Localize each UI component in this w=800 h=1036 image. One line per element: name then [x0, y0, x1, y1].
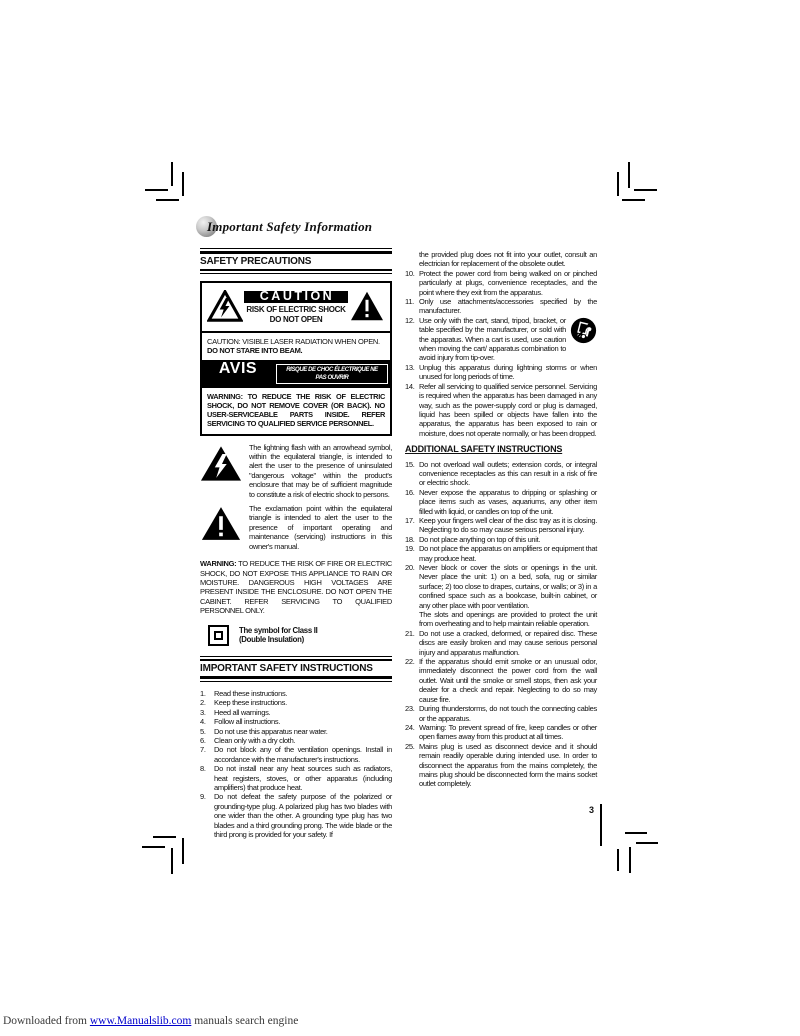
item-number: 14. [405, 382, 419, 438]
crop-mark [171, 848, 173, 874]
instruction-item: 9.Do not defeat the safety purpose of th… [200, 792, 392, 839]
class2-caption-line: (Double Insulation) [239, 635, 317, 645]
section-title: SAFETY PRECAUTIONS [200, 254, 392, 269]
item-number: 9. [200, 792, 214, 839]
instruction-item: 14.Refer all servicing to qualified serv… [405, 382, 597, 438]
item-number: 20. [405, 563, 419, 629]
crop-mark [156, 199, 179, 201]
cart-tip-over-icon [570, 317, 597, 346]
item-number: 2. [200, 698, 214, 707]
instruction-item: 5.Do not use this apparatus near water. [200, 727, 392, 736]
caution-box-top: CAUTION RISK OF ELECTRIC SHOCK DO NOT OP… [202, 283, 390, 330]
manual-page: Important Safety Information SAFETY PREC… [0, 0, 800, 1036]
item9-continuation: the provided plug does not fit into your… [405, 250, 597, 269]
item-text: Do not defeat the safety purpose of the … [214, 792, 392, 839]
footer-suffix: manuals search engine [194, 1015, 298, 1027]
instruction-item: 15.Do not overload wall outlets; extensi… [405, 460, 597, 488]
instruction-item: 18.Do not place anything on top of this … [405, 535, 597, 544]
risk-line: DO NOT OPEN [243, 315, 349, 325]
caution-warning-box: CAUTION RISK OF ELECTRIC SHOCK DO NOT OP… [200, 281, 392, 435]
item-text: Use only with the cart, stand, tripod, b… [419, 316, 566, 363]
item-number: 1. [200, 689, 214, 698]
item-text: Follow all instructions. [214, 717, 392, 726]
caution-box-center: CAUTION RISK OF ELECTRIC SHOCK DO NOT OP… [243, 291, 349, 324]
instruction-item: 16.Never expose the apparatus to drippin… [405, 488, 597, 516]
item-text: Never block or cover the slots or openin… [419, 563, 597, 610]
crop-mark [636, 842, 658, 844]
lightning-filled-triangle-icon [200, 443, 242, 499]
crop-mark [153, 836, 176, 838]
instruction-item: 19.Do not place the apparatus on amplifi… [405, 544, 597, 563]
item-text: Do not place the apparatus on amplifiers… [419, 544, 597, 563]
instruction-item: 24.Warning: To prevent spread of fire, k… [405, 723, 597, 742]
double-insulation-inner-square [214, 631, 223, 640]
item-text: Heed all warnings. [214, 708, 392, 717]
item-number: 12. [405, 316, 419, 363]
page-header: Important Safety Information [196, 215, 596, 241]
laser-caution-bold: DO NOT STARE INTO BEAM. [207, 346, 302, 355]
item-text: Do not block any of the ventilation open… [214, 745, 392, 764]
caution-label: CAUTION [244, 291, 348, 303]
item-number: 19. [405, 544, 419, 563]
avis-french-box: RISQUE DE CHOC ÉLECTRIQUE NE PAS OUVRIR [274, 362, 390, 386]
instruction-item: 8.Do not install near any heat sources s… [200, 764, 392, 792]
item-number: 25. [405, 742, 419, 789]
exclamation-explanation-row: The exclamation point within the equilat… [200, 504, 392, 551]
rule [200, 681, 392, 682]
instruction-item: 6.Clean only with a dry cloth. [200, 736, 392, 745]
item-number: 11. [405, 297, 419, 316]
item-number: 7. [200, 745, 214, 764]
crop-mark [182, 172, 184, 196]
shock-warning-text: WARNING: TO REDUCE THE RISK OF ELECTRIC … [202, 388, 390, 434]
instruction-item-with-cart-icon: 12. [405, 316, 597, 363]
instruction-item: 22.If the apparatus should emit smoke or… [405, 657, 597, 704]
avis-row: AVIS RISQUE DE CHOC ÉLECTRIQUE NE PAS OU… [202, 362, 390, 386]
instruction-item: 4.Follow all instructions. [200, 717, 392, 726]
instruction-item: 17.Keep your fingers well clear of the d… [405, 516, 597, 535]
item-number: 8. [200, 764, 214, 792]
class2-caption: The symbol for Class II (Double Insulati… [239, 626, 317, 645]
item-text-extra: The slots and openings are provided to p… [419, 610, 597, 629]
instruction-list-15-25: 15.Do not overload wall outlets; extensi… [405, 460, 597, 789]
item-text-wrap: Never block or cover the slots or openin… [419, 563, 597, 629]
item-text: Protect the power cord from being walked… [419, 269, 597, 297]
avis-french-line: RISQUE DE CHOC ÉLECTRIQUE NE [277, 366, 387, 374]
exclamation-filled-triangle-icon [200, 504, 242, 551]
class2-symbol-row: The symbol for Class II (Double Insulati… [200, 625, 392, 646]
lightning-paragraph: The lightning flash with an arrowhead sy… [249, 443, 392, 499]
section-heading-safety-precautions: SAFETY PRECAUTIONS [200, 248, 392, 274]
item-text: Read these instructions. [214, 689, 392, 698]
warning-label: WARNING: [200, 559, 236, 568]
crop-mark [622, 199, 645, 201]
item-number: 4. [200, 717, 214, 726]
item-number: 18. [405, 535, 419, 544]
instruction-item: 2.Keep these instructions. [200, 698, 392, 707]
instruction-item: 23.During thunderstorms, do not touch th… [405, 704, 597, 723]
item-number: 22. [405, 657, 419, 704]
two-column-body: SAFETY PRECAUTIONS CAUTION RISK OF ELE [200, 248, 598, 839]
item-number: 13. [405, 363, 419, 382]
crop-mark [182, 838, 184, 864]
avis-french-text: RISQUE DE CHOC ÉLECTRIQUE NE PAS OUVRIR [276, 364, 388, 384]
laser-caution-normal: CAUTION: VISIBLE LASER RADIATION WHEN OP… [207, 337, 380, 346]
item-text: Clean only with a dry cloth. [214, 736, 392, 745]
lightning-bolt-triangle-icon [207, 290, 243, 324]
rule [200, 273, 392, 274]
crop-mark [145, 189, 168, 191]
item-number: 6. [200, 736, 214, 745]
item-text: Warning: To prevent spread of fire, keep… [419, 723, 597, 742]
item-number: 17. [405, 516, 419, 535]
section-heading-important-safety-instructions: IMPORTANT SAFETY INSTRUCTIONS [200, 656, 392, 682]
item-text: Keep these instructions. [214, 698, 392, 707]
instruction-item: 3.Heed all warnings. [200, 708, 392, 717]
item-text: Never expose the apparatus to dripping o… [419, 488, 597, 516]
item-number: 3. [200, 708, 214, 717]
manualslib-link[interactable]: www.Manualslib.com [90, 1015, 191, 1027]
item-text: Mains plug is used as disconnect device … [419, 742, 597, 789]
risk-line: RISK OF ELECTRIC SHOCK [243, 305, 349, 315]
instruction-item: 13.Unplug this apparatus during lightnin… [405, 363, 597, 382]
exclamation-paragraph: The exclamation point within the equilat… [249, 504, 392, 551]
page-title: Important Safety Information [207, 219, 372, 235]
crop-mark [171, 162, 173, 186]
section-heading-additional-safety-instructions: ADDITIONAL SAFETY INSTRUCTIONS [405, 445, 597, 454]
instruction-item: 1.Read these instructions. [200, 689, 392, 698]
crop-mark [617, 172, 619, 196]
item-number: 24. [405, 723, 419, 742]
item-number: 15. [405, 460, 419, 488]
instruction-item: 25.Mains plug is used as disconnect devi… [405, 742, 597, 789]
avis-french-line: PAS OUVRIR [277, 374, 387, 382]
item-text: If the apparatus should emit smoke or an… [419, 657, 597, 704]
instruction-list-1-9: 1.Read these instructions. 2.Keep these … [200, 689, 392, 840]
instruction-list-10-14: 10.Protect the power cord from being wal… [405, 269, 597, 438]
item-text: Unplug this apparatus during lightning s… [419, 363, 597, 382]
item-number: 21. [405, 629, 419, 657]
left-column: SAFETY PRECAUTIONS CAUTION RISK OF ELE [200, 248, 392, 839]
item-number: 23. [405, 704, 419, 723]
item-text-wrap: Use only with the cart, stand, tripod, b… [419, 316, 597, 363]
instruction-item: 11.Only use attachments/accessories spec… [405, 297, 597, 316]
item-text: Only use attachments/accessories specifi… [419, 297, 597, 316]
crop-mark [617, 849, 619, 871]
instruction-item: 20. Never block or cover the slots or op… [405, 563, 597, 629]
right-column: the provided plug does not fit into your… [405, 248, 597, 839]
item-text: Refer all servicing to qualified service… [419, 382, 597, 438]
item-number: 5. [200, 727, 214, 736]
exclamation-triangle-icon [349, 290, 385, 324]
item-number: 16. [405, 488, 419, 516]
double-insulation-icon [208, 625, 229, 646]
instruction-item: 7.Do not block any of the ventilation op… [200, 745, 392, 764]
instruction-item: 21.Do not use a cracked, deformed, or re… [405, 629, 597, 657]
crop-mark [634, 189, 657, 191]
crop-mark [142, 846, 165, 848]
crop-mark [625, 832, 647, 834]
fire-shock-warning: WARNING: TO REDUCE THE RISK OF FIRE OR E… [200, 559, 392, 615]
watermark-footer: Downloaded from www.Manualslib.com manua… [3, 1015, 298, 1027]
crop-mark [600, 804, 602, 846]
page-number: 3 [589, 805, 594, 815]
crop-mark [628, 162, 630, 188]
item-number: 10. [405, 269, 419, 297]
item-text: During thunderstorms, do not touch the c… [419, 704, 597, 723]
class2-caption-line: The symbol for Class II [239, 626, 317, 636]
avis-label: AVIS [202, 362, 274, 386]
instruction-item: 10.Protect the power cord from being wal… [405, 269, 597, 297]
item-text: Do not place anything on top of this uni… [419, 535, 597, 544]
crop-mark [629, 847, 631, 873]
laser-caution-text: CAUTION: VISIBLE LASER RADIATION WHEN OP… [202, 333, 390, 360]
footer-prefix: Downloaded from [3, 1015, 87, 1027]
item-text: Do not overload wall outlets; extension … [419, 460, 597, 488]
lightning-explanation-row: The lightning flash with an arrowhead sy… [200, 443, 392, 499]
section-title: IMPORTANT SAFETY INSTRUCTIONS [200, 661, 392, 676]
item-text: Keep your fingers well clear of the disc… [419, 516, 597, 535]
item-text: Do not install near any heat sources suc… [214, 764, 392, 792]
item-text: Do not use a cracked, deformed, or repai… [419, 629, 597, 657]
item-text: Do not use this apparatus near water. [214, 727, 392, 736]
